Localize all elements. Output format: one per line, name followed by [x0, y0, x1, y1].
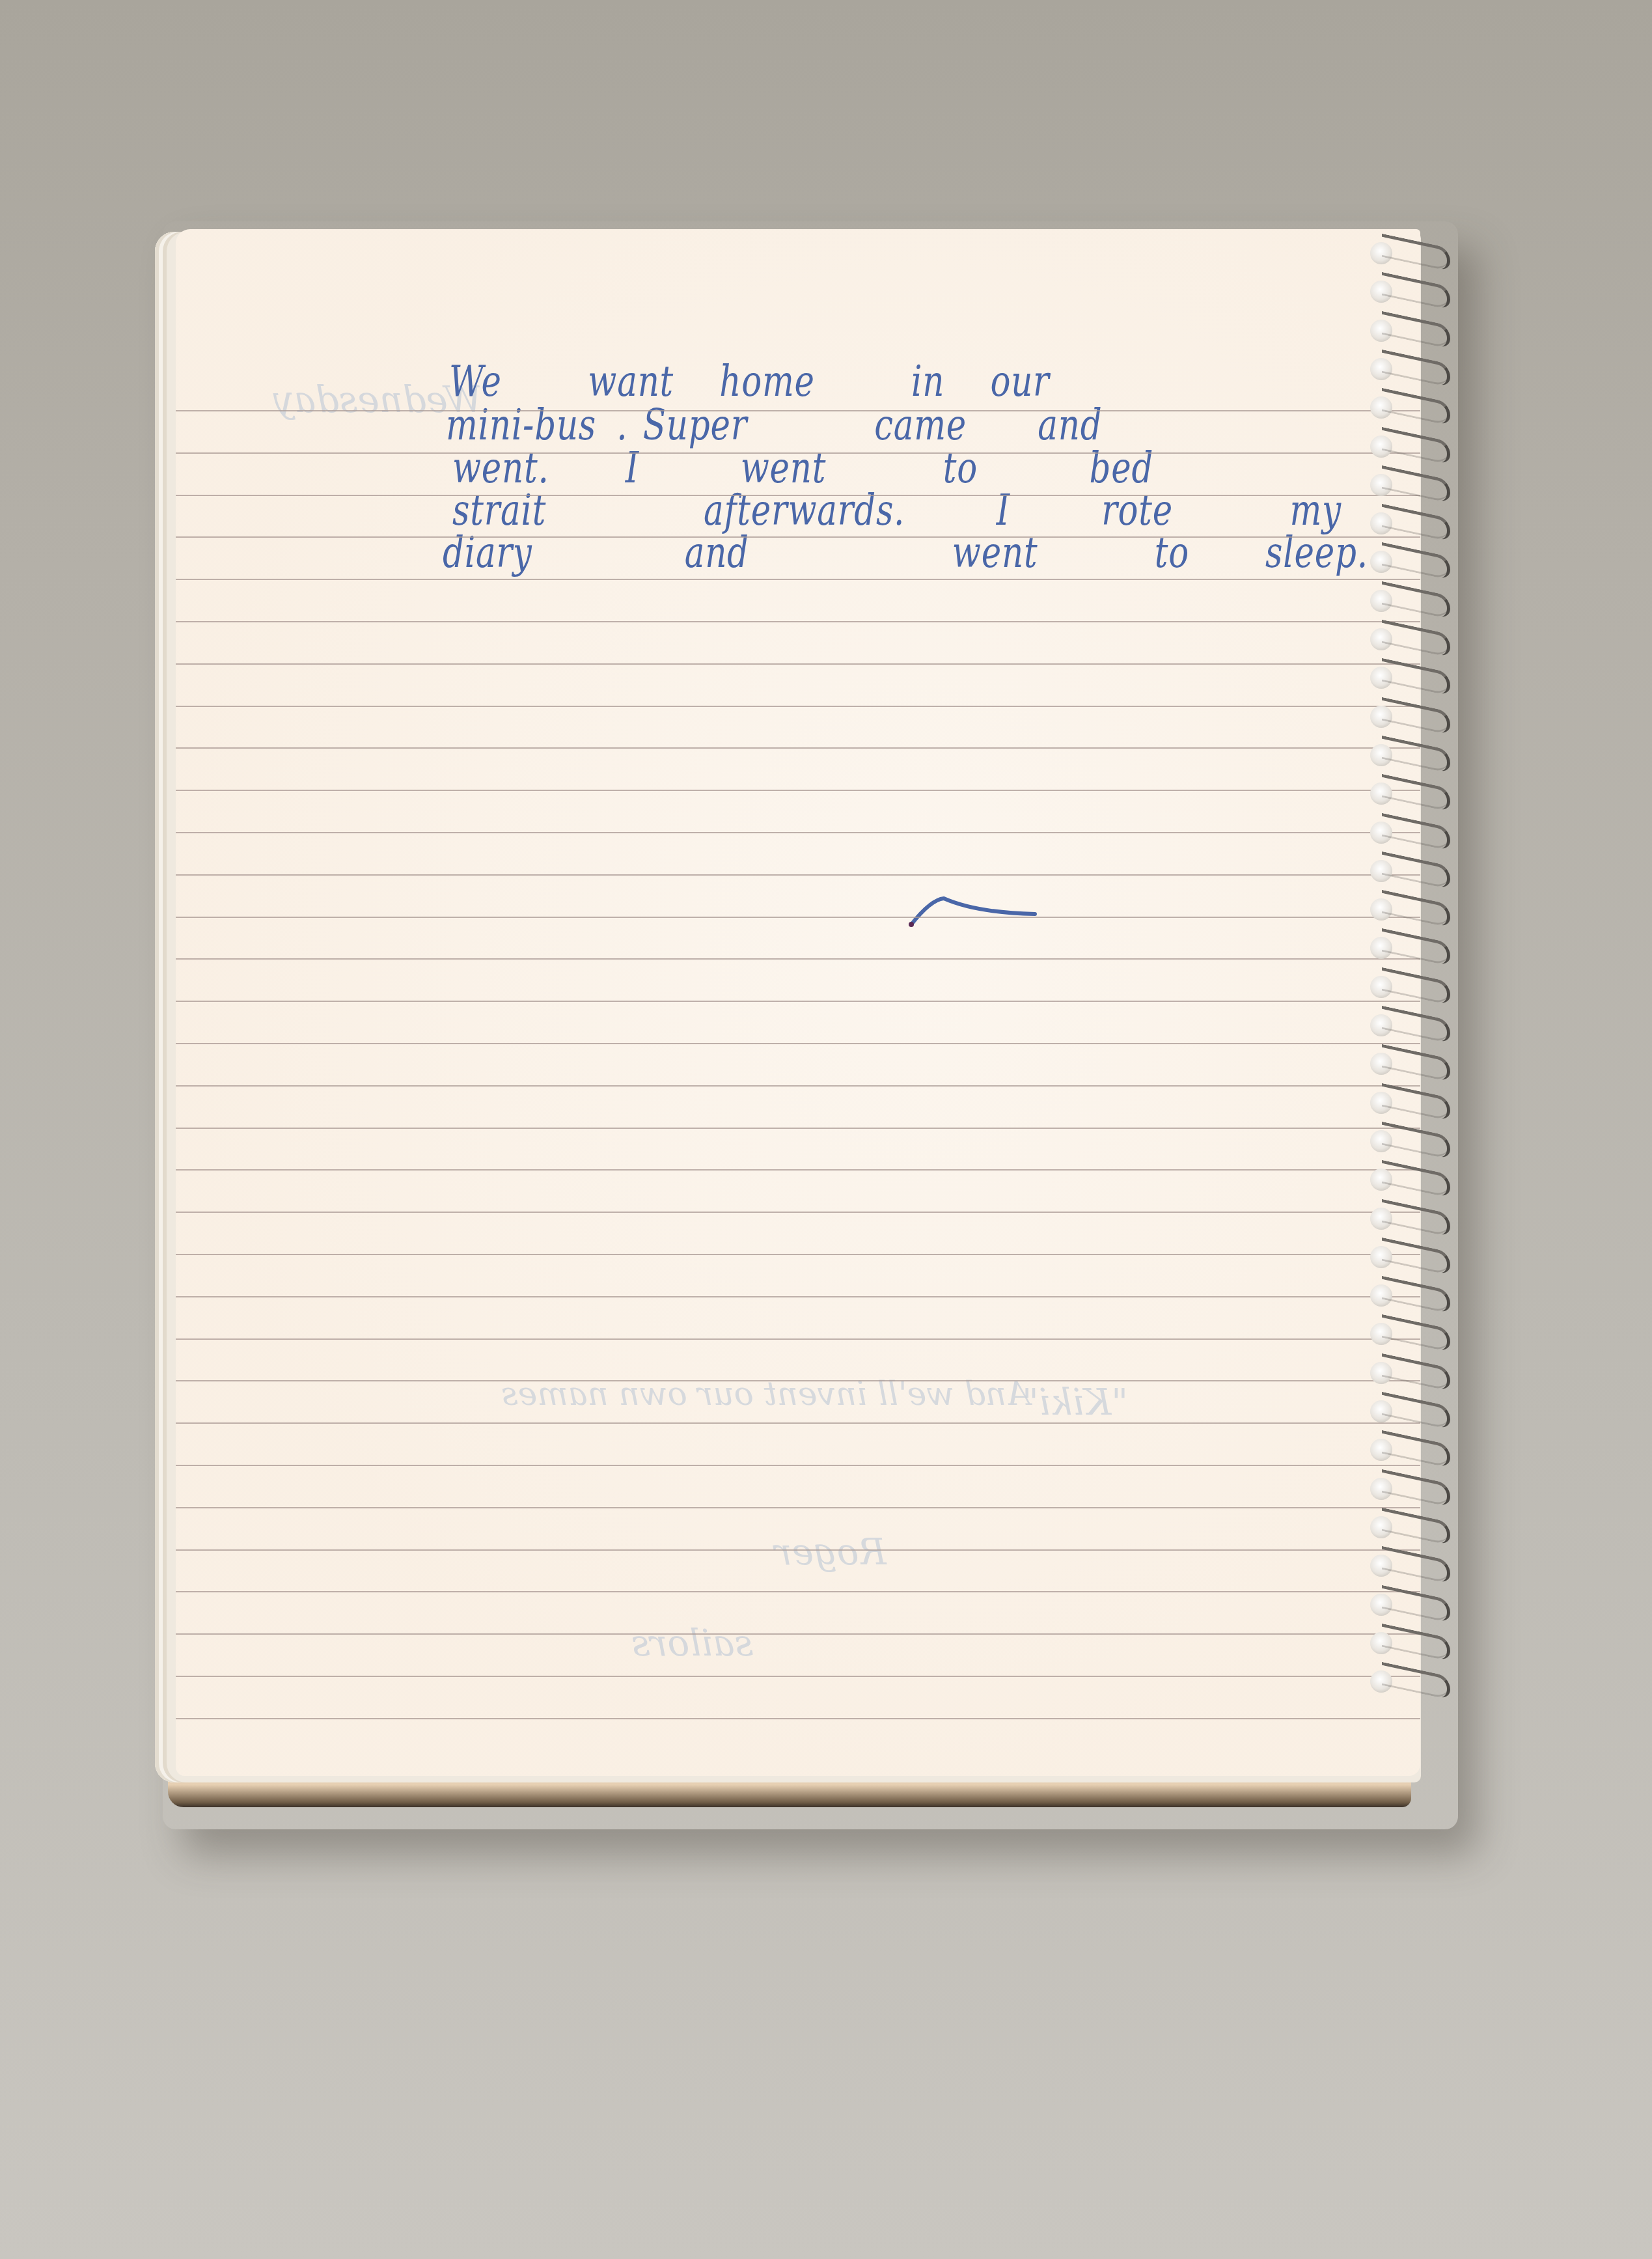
ruled-line: [176, 790, 1420, 791]
ruled-line: [176, 1212, 1420, 1213]
ruled-line: [176, 1001, 1420, 1002]
ruled-line: [176, 1718, 1420, 1719]
word: We: [449, 356, 502, 406]
ruled-line: [176, 706, 1420, 707]
ruled-line: [176, 1169, 1420, 1171]
bleed-through-text: "Kiki": [1022, 1381, 1128, 1424]
bleed-through-text: sailors: [631, 1622, 753, 1665]
ruled-line: [176, 1633, 1420, 1635]
end-flourish-mark: [905, 893, 1041, 932]
ruled-line: [176, 832, 1420, 833]
ruled-line: [176, 1128, 1420, 1129]
word: diary: [443, 527, 532, 577]
word: in: [911, 356, 944, 406]
word: sleep.: [1265, 527, 1368, 577]
ruled-line: [176, 495, 1420, 496]
ruled-line: [176, 1676, 1420, 1677]
ruled-line: [176, 1085, 1420, 1087]
ruled-line: [176, 452, 1420, 454]
ruled-line: [176, 917, 1420, 918]
ruled-line: [176, 1422, 1420, 1424]
ruled-line: [176, 1465, 1420, 1466]
ruled-line: [176, 1338, 1420, 1340]
word: and: [685, 527, 749, 577]
ruled-line: [176, 1380, 1420, 1381]
entry-line-1: Wewanthomeinour: [449, 356, 1050, 406]
ruled-line: [176, 579, 1420, 580]
ruled-line: [176, 1549, 1420, 1551]
ruled-line: [176, 958, 1420, 960]
ruled-line: [176, 874, 1420, 876]
ruled-line: [176, 1254, 1420, 1255]
word: home: [719, 356, 815, 406]
notebook-page: Wednesday "Kiki" And we'll invent our ow…: [176, 229, 1420, 1776]
entry-line-5: diaryandwenttosleep.: [443, 527, 1368, 577]
ruled-line: [176, 1296, 1420, 1297]
ruled-line: [176, 536, 1420, 538]
ruled-line: [176, 663, 1420, 665]
ruled-line: [176, 1043, 1420, 1044]
ruled-line: [176, 410, 1420, 411]
word: to: [1155, 527, 1189, 577]
word: want: [588, 356, 674, 406]
word: went: [952, 527, 1038, 577]
ruled-line: [176, 621, 1420, 622]
bleed-through-text: Roger: [775, 1531, 887, 1573]
word: our: [990, 356, 1049, 406]
ruled-line: [176, 1591, 1420, 1592]
ruled-line: [176, 747, 1420, 749]
ruled-line: [176, 1507, 1420, 1508]
